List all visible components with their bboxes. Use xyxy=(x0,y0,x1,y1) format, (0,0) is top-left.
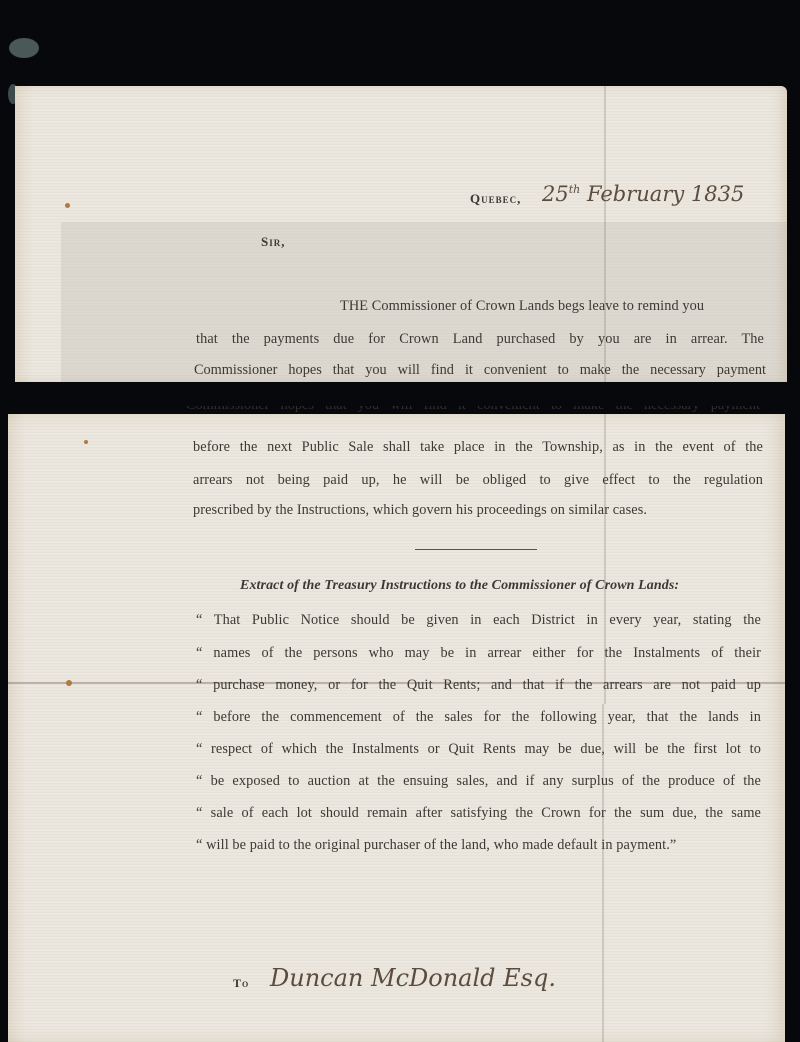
letter-lower-fragment: before the next Public Sale shall take p… xyxy=(8,414,785,1042)
body-line-1: THE Commissioner of Crown Lands begs lea… xyxy=(340,298,704,315)
foxing-stain xyxy=(84,440,88,444)
background-spot xyxy=(9,38,39,58)
body-line-3-echo: Commissioner hopes that you will find it… xyxy=(186,406,760,414)
extract-line-8: “ will be paid to the original purchaser… xyxy=(196,837,676,854)
place-heading: Quebec, xyxy=(470,191,521,207)
body-line-3-bottom-half: Commissioner hopes that you will find it… xyxy=(186,406,760,415)
handwritten-addressee: Duncan McDonald Esq. xyxy=(270,964,556,992)
extract-line-5: “ respect of which the Instalments or Qu… xyxy=(196,741,761,758)
section-divider xyxy=(415,549,537,550)
body-line-3: Commissioner hopes that you will find it… xyxy=(194,362,766,379)
handwritten-date: 25th February 1835 xyxy=(542,182,744,206)
body-line-5: arrears not being paid up, he will be ob… xyxy=(193,472,763,489)
extract-line-3: “ purchase money, or for the Quit Rents;… xyxy=(196,677,761,694)
body-line-4: before the next Public Sale shall take p… xyxy=(193,439,763,456)
body-line-2: that the payments due for Crown Land pur… xyxy=(196,331,764,348)
salutation: Sir, xyxy=(261,234,285,250)
letter-upper-fragment: Quebec, 25th February 1835 Sir, THE Comm… xyxy=(15,86,787,382)
extract-line-1: “ That Public Notice should be given in … xyxy=(196,612,761,629)
extract-line-4: “ before the commencement of the sales f… xyxy=(196,709,761,726)
date-month-year: February 1835 xyxy=(587,182,744,206)
body-line-3-top-half: Commissioner hopes that you will find it… xyxy=(194,362,766,382)
foxing-stain xyxy=(65,203,70,208)
foxing-stain xyxy=(66,680,72,686)
addressee-label: To xyxy=(233,976,249,991)
extract-line-7: “ sale of each lot should remain after s… xyxy=(196,805,761,822)
body-line-6: prescribed by the Instructions, which go… xyxy=(193,502,647,519)
date-day: 25 xyxy=(542,182,569,206)
extract-heading: Extract of the Treasury Instructions to … xyxy=(240,578,679,594)
extract-line-2: “ names of the persons who may be in arr… xyxy=(196,645,761,662)
extract-line-6: “ be exposed to auction at the ensuing s… xyxy=(196,773,761,790)
date-suffix: th xyxy=(569,183,581,196)
